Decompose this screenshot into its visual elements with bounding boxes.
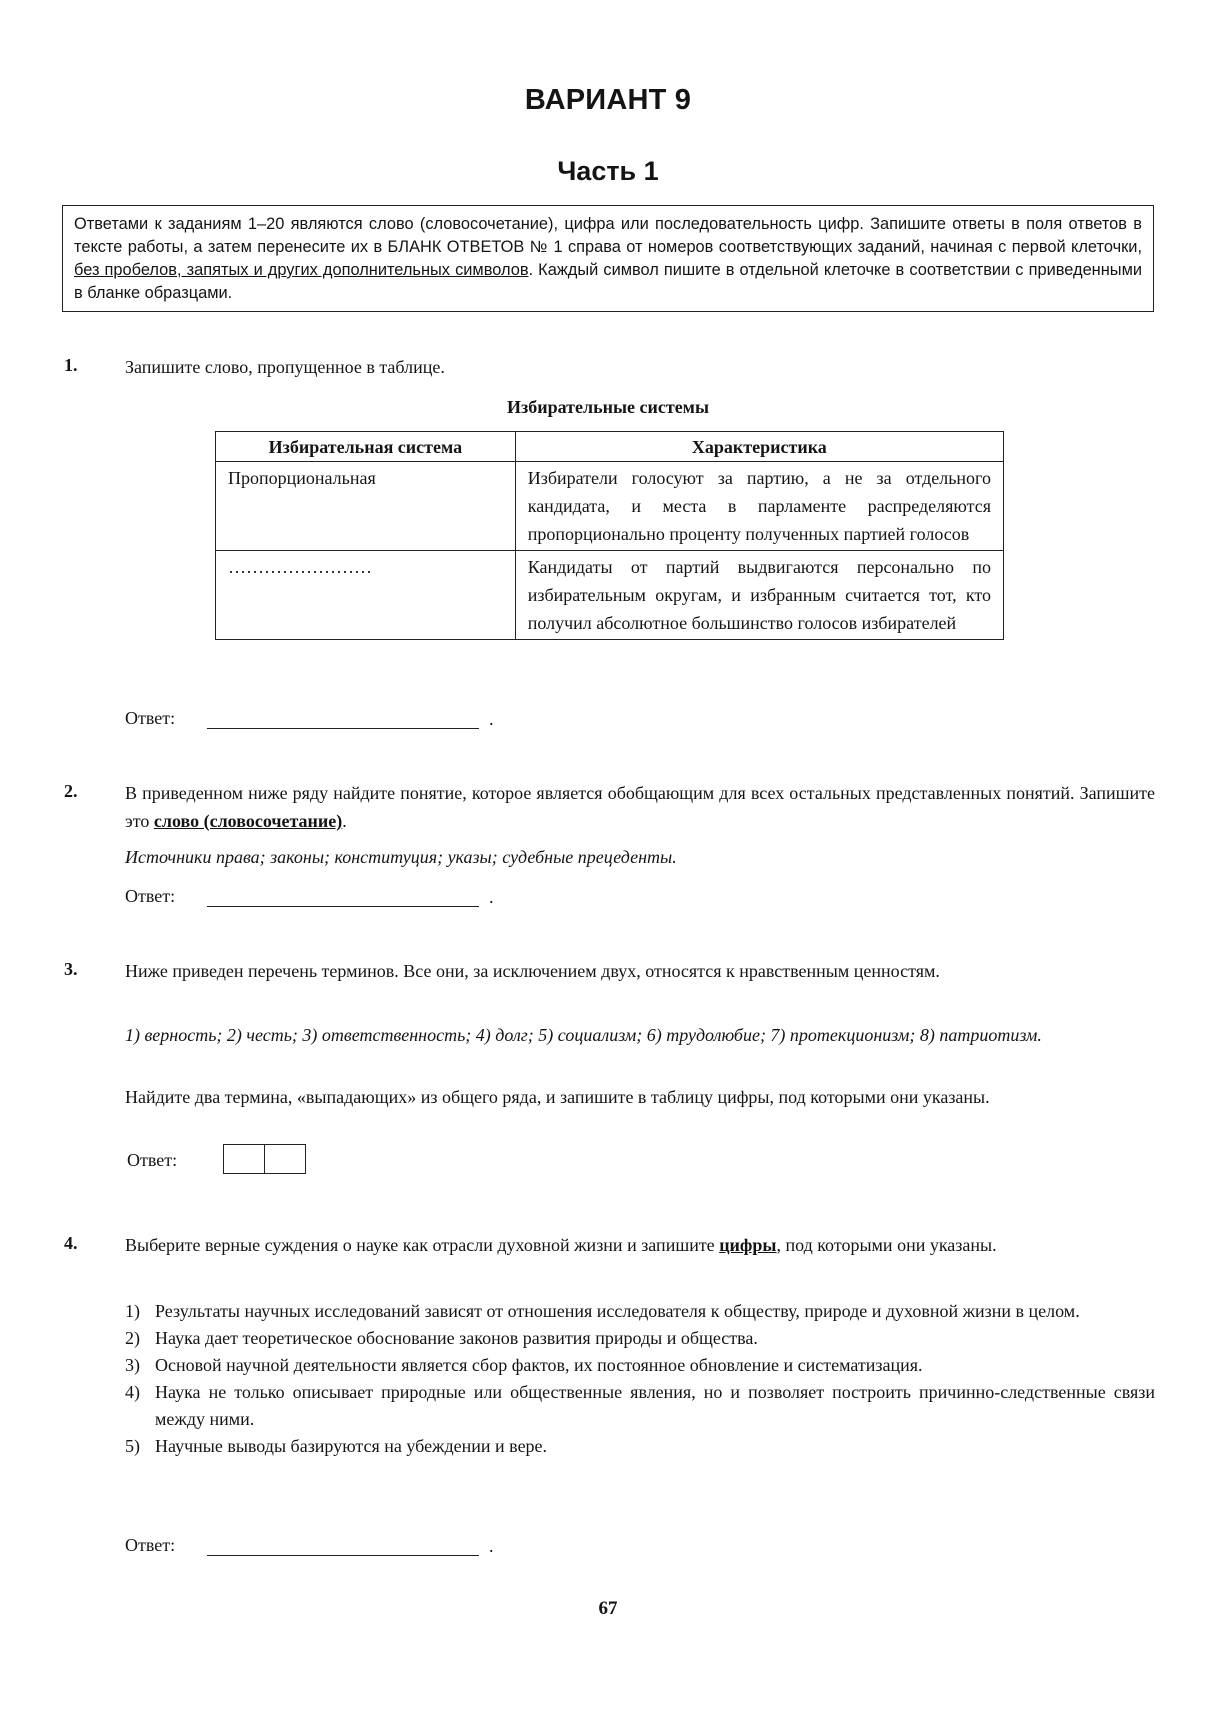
characteristic-cell: Избиратели голосуют за партию, а не за о… bbox=[515, 462, 1003, 551]
system-cell-blank: …………………… bbox=[216, 551, 516, 640]
variant-title: ВАРИАНТ 9 bbox=[0, 84, 1216, 117]
table-caption: Избирательные системы bbox=[0, 397, 1216, 418]
question-2-series: Источники права; законы; конституция; ук… bbox=[125, 843, 677, 871]
answer-input-2[interactable] bbox=[207, 906, 479, 907]
option-number: 4) bbox=[125, 1379, 155, 1433]
column-header: Характеристика bbox=[515, 432, 1003, 462]
system-cell: Пропорциональная bbox=[216, 462, 516, 551]
answer-dot: . bbox=[489, 1536, 494, 1557]
option-text: Научные выводы базируются на убеждении и… bbox=[155, 1433, 1155, 1460]
option-text: Наука дает теоретическое обоснование зак… bbox=[155, 1325, 1155, 1352]
page-number: 67 bbox=[0, 1598, 1216, 1620]
answer-label: Ответ: bbox=[125, 1535, 175, 1556]
prompt-text: Выберите верные суждения о науке как отр… bbox=[125, 1235, 719, 1255]
question-3-terms: 1) верность; 2) честь; 3) ответственност… bbox=[125, 1021, 1155, 1049]
answer-cell-1[interactable] bbox=[224, 1145, 264, 1173]
option-item: 4)Наука не только описывает природные ил… bbox=[125, 1379, 1155, 1433]
part-title: Часть 1 bbox=[0, 156, 1216, 187]
question-4-number: 4. bbox=[64, 1233, 78, 1254]
answer-cells bbox=[223, 1144, 306, 1174]
answer-dot: . bbox=[489, 709, 494, 730]
characteristic-cell: Кандидаты от партий выдвигаются персонал… bbox=[515, 551, 1003, 640]
prompt-text-end: , под которыми они указаны. bbox=[776, 1235, 996, 1255]
instructions-box: Ответами к заданиям 1–20 являются слово … bbox=[62, 205, 1154, 312]
question-2-number: 2. bbox=[64, 781, 78, 802]
instructions-emphasis: без пробелов, запятых и других дополните… bbox=[74, 261, 529, 279]
option-item: 1)Результаты научных исследований завися… bbox=[125, 1298, 1155, 1325]
question-3-instruction: Найдите два термина, «выпадающих» из общ… bbox=[125, 1083, 1155, 1111]
question-3-prompt: Ниже приведен перечень терминов. Все они… bbox=[125, 957, 1155, 985]
option-number: 5) bbox=[125, 1433, 155, 1460]
option-item: 2)Наука дает теоретическое обоснование з… bbox=[125, 1325, 1155, 1352]
question-2-prompt: В приведенном ниже ряду найдите понятие,… bbox=[125, 779, 1155, 835]
option-text: Наука не только описывает природные или … bbox=[155, 1379, 1155, 1433]
answer-input-1[interactable] bbox=[207, 728, 479, 729]
option-item: 5)Научные выводы базируются на убеждении… bbox=[125, 1433, 1155, 1460]
option-text: Основой научной деятельности является сб… bbox=[155, 1352, 1155, 1379]
question-4-prompt: Выберите верные суждения о науке как отр… bbox=[125, 1231, 1155, 1259]
answer-label: Ответ: bbox=[127, 1150, 177, 1171]
answer-label: Ответ: bbox=[125, 708, 175, 729]
option-text: Результаты научных исследований зависят … bbox=[155, 1298, 1155, 1325]
table-header-row: Избирательная система Характеристика bbox=[216, 432, 1004, 462]
table-row: …………………… Кандидаты от партий выдвигаются… bbox=[216, 551, 1004, 640]
option-number: 2) bbox=[125, 1325, 155, 1352]
column-header: Избирательная система bbox=[216, 432, 516, 462]
answer-label: Ответ: bbox=[125, 886, 175, 907]
answer-dot: . bbox=[489, 887, 494, 908]
instructions-text: Ответами к заданиям 1–20 являются слово … bbox=[74, 215, 1142, 256]
question-1-prompt: Запишите слово, пропущенное в таблице. bbox=[125, 353, 445, 381]
question-3-number: 3. bbox=[64, 959, 78, 980]
question-1-number: 1. bbox=[64, 355, 78, 376]
table-row: Пропорциональная Избиратели голосуют за … bbox=[216, 462, 1004, 551]
prompt-emphasis: слово (словосочетание) bbox=[154, 811, 342, 831]
option-number: 3) bbox=[125, 1352, 155, 1379]
question-4-options: 1)Результаты научных исследований завися… bbox=[125, 1298, 1155, 1460]
option-number: 1) bbox=[125, 1298, 155, 1325]
answer-input-4[interactable] bbox=[207, 1555, 479, 1556]
option-item: 3)Основой научной деятельности является … bbox=[125, 1352, 1155, 1379]
prompt-emphasis: цифры bbox=[719, 1235, 776, 1255]
answer-cell-2[interactable] bbox=[264, 1145, 305, 1173]
electoral-systems-table: Избирательная система Характеристика Про… bbox=[215, 431, 1004, 640]
prompt-text-end: . bbox=[342, 811, 347, 831]
